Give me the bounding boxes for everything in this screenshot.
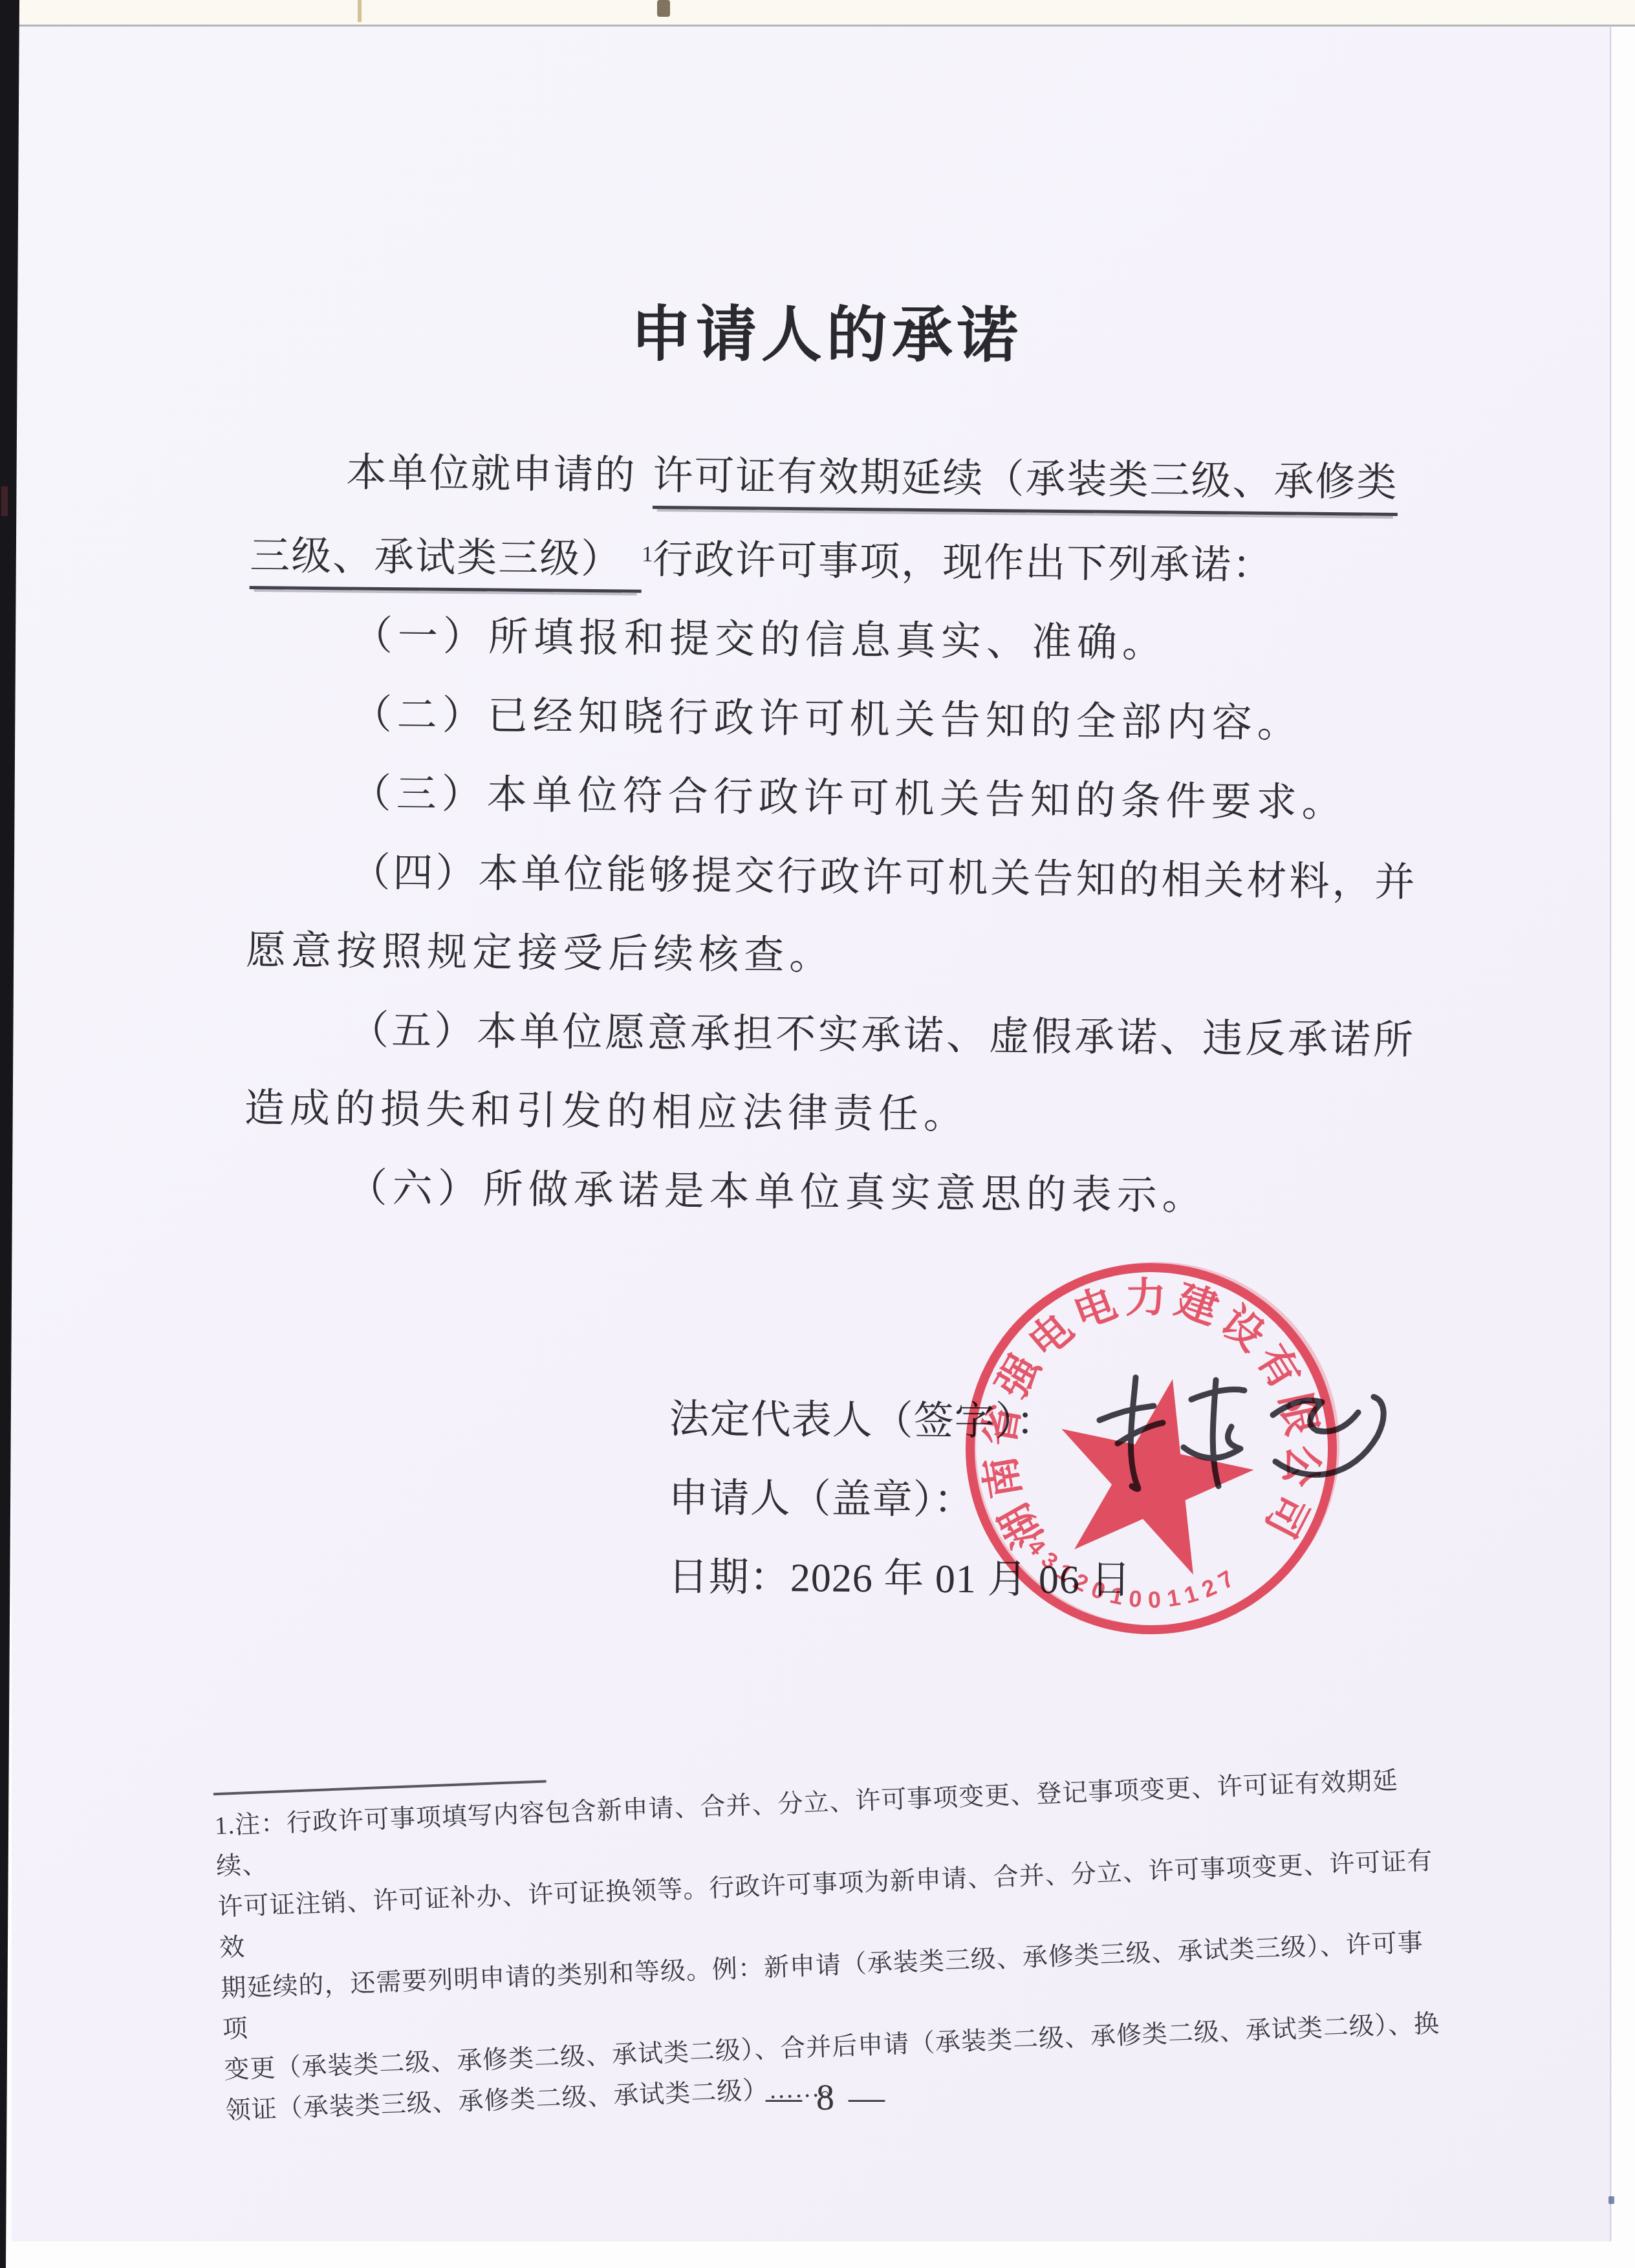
commitment-body: 本单位就申请的许可证有效期延续（承装类三级、承修类 三级、承试类三级）1行政许可…: [243, 433, 1454, 1238]
licence-matter-underlined: 三级、承试类三级）: [250, 534, 642, 593]
paragraph-line-2: 三级、承试类三级）1行政许可事项，现作出下列承诺：: [250, 512, 1453, 607]
commitment-item-5-continued: 造成的损失和引发的相应法律责任。: [244, 1069, 1447, 1160]
paragraph-rest: 行政许可事项，现作出下列承诺：: [653, 538, 1274, 588]
licence-matter-underlined: 许可证有效期延续（承装类三级、承修类: [653, 454, 1398, 516]
footnote-marker: 1: [642, 543, 653, 567]
commitment-item-6: （六）所做承诺是本单位真实意思的表示。: [243, 1148, 1447, 1238]
commitment-item-4: （四）本单位能够提交行政许可机关告知的相关材料，并: [246, 832, 1450, 923]
page-title: 申请人的承诺: [251, 284, 1402, 375]
paragraph-lead: 本单位就申请的: [346, 451, 636, 497]
commitment-item-5: （五）本单位愿意承担不实承诺、虚假承诺、违反承诺所: [245, 990, 1449, 1081]
paragraph-line-1: 本单位就申请的许可证有效期延续（承装类三级、承修类: [250, 433, 1454, 523]
scanned-page: 申请人的承诺 本单位就申请的许可证有效期延续（承装类三级、承修类 三级、承试类三…: [0, 0, 1635, 2268]
footnote-section: 1.注：行政许可事项填写内容包含新申请、合并、分立、许可事项变更、登记事项变更、…: [213, 1745, 1455, 2132]
scan-top-edge: [0, 0, 1635, 26]
commitment-item-3: （三）本单位符合行政许可机关告知的条件要求。: [247, 753, 1451, 844]
company-stamp: 湖南省强电电力建设有限公司 4312010011274: [944, 1242, 1358, 1656]
commitment-item-1: （一）所填报和提交的信息真实、准确。: [248, 596, 1452, 686]
commitment-item-4-continued: 愿意按照规定接受后续核查。: [246, 911, 1449, 1002]
scan-right-edge-line: [1610, 26, 1611, 2241]
scan-artifact: [1608, 2196, 1614, 2204]
stamp-star: [1037, 1359, 1268, 1582]
scan-top-edge-line: [0, 25, 1635, 27]
scan-artifact: [657, 0, 670, 17]
scan-artifact: [1, 486, 8, 516]
commitment-item-2: （二）已经知晓行政许可机关告知的全部内容。: [248, 675, 1451, 765]
page-number: — 8 —: [251, 2077, 1402, 2119]
scan-artifact: [358, 0, 362, 22]
